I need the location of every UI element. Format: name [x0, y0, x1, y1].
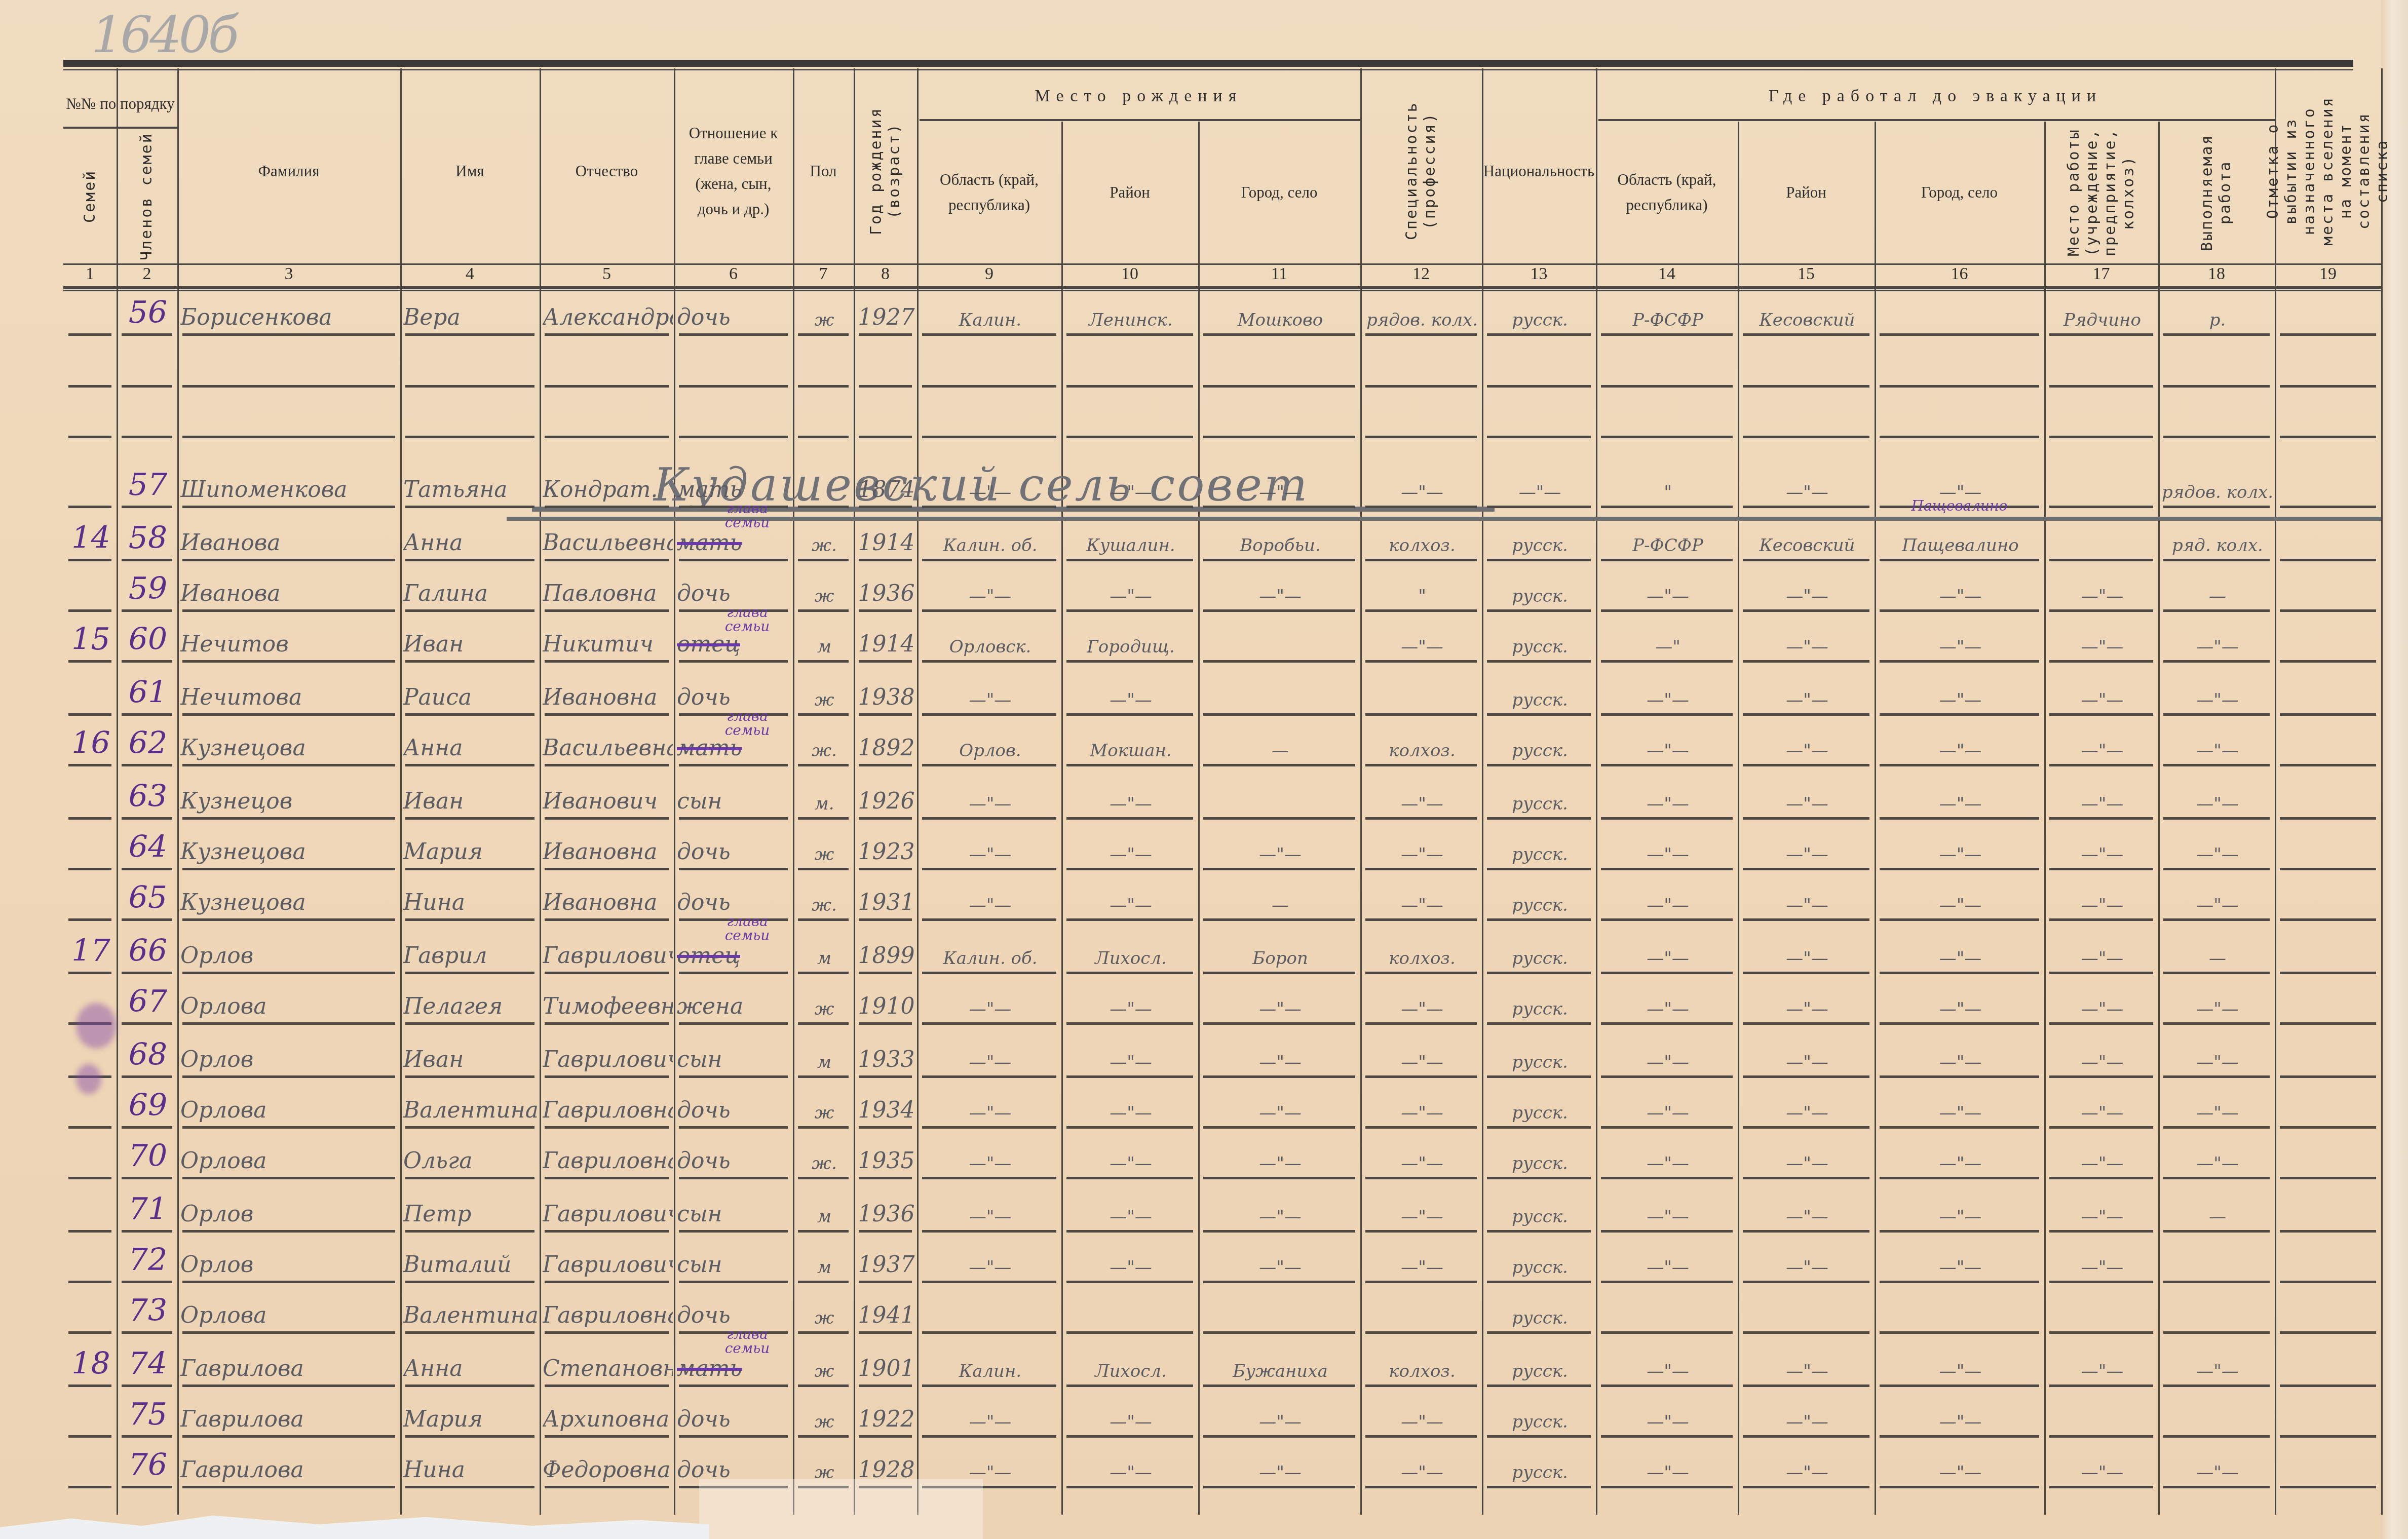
cell-w-oblast: " — [1599, 339, 1737, 512]
row-rule — [2163, 1281, 2270, 1283]
row-rule — [1743, 333, 1869, 336]
column-number-6: 6 — [674, 264, 793, 284]
column-divider — [1198, 122, 1200, 1515]
row-rule — [2163, 1486, 2270, 1488]
cell-name: Раиса — [403, 666, 539, 719]
cell-nationality: русск. — [1485, 615, 1595, 666]
cell-profession: колхоз. — [1363, 1337, 1481, 1391]
cell-name: Пелагея — [403, 978, 539, 1028]
row-rule — [2280, 868, 2376, 870]
row-rule — [859, 868, 912, 870]
cell-w-place — [2047, 1391, 2157, 1441]
cell-relation: сын — [677, 1236, 792, 1287]
row-rule — [1066, 1230, 1193, 1233]
cell-w-raion: Кесовский — [1741, 512, 1874, 565]
row-rule — [798, 713, 849, 716]
cell-profession: колхоз. — [1363, 512, 1481, 565]
row-rule — [405, 660, 534, 663]
cell-patronymic: Ивановна — [543, 666, 673, 719]
row-rule — [1601, 559, 1733, 561]
cell-b-city: —"— — [1201, 1236, 1359, 1287]
cell-name: Анна — [403, 1337, 539, 1391]
row-rule — [1601, 713, 1733, 716]
cell-b-city: Бороп — [1201, 925, 1359, 978]
row-rule — [1880, 1126, 2039, 1129]
row-rule — [1066, 1177, 1193, 1179]
cell-nationality: русск. — [1485, 1441, 1595, 1492]
cell-member: 72 — [120, 1236, 176, 1287]
cell-sex: ж — [796, 1337, 853, 1391]
row-rule — [1365, 1075, 1477, 1078]
row-rule — [2163, 609, 2270, 612]
cell-name: Валентина — [403, 1287, 539, 1337]
row-rule — [1880, 609, 2039, 612]
row-rule — [405, 1331, 534, 1334]
cell-mark — [2278, 512, 2380, 565]
row-rule — [68, 609, 111, 612]
row-rule — [1601, 918, 1733, 921]
cell-profession: —"— — [1363, 339, 1481, 512]
column-divider — [917, 68, 919, 1515]
row-rule — [1203, 1384, 1355, 1387]
row-rule — [1880, 559, 2039, 561]
cell-w-city: —"— — [1878, 1132, 2043, 1183]
row-rule — [182, 1177, 395, 1179]
row-rule — [68, 1384, 111, 1387]
cell-surname: Кузнецова — [180, 719, 399, 770]
cell-b-city: —"— — [1201, 823, 1359, 874]
row-rule — [2280, 713, 2376, 716]
cell-w-raion: Кесовский — [1741, 291, 1874, 339]
cell-b-raion: Кушалин. — [1064, 512, 1197, 565]
cell-w-oblast — [1599, 1287, 1737, 1337]
cell-surname: Иванова — [180, 512, 399, 565]
cell-profession: —"— — [1363, 1441, 1481, 1492]
column-divider — [1596, 68, 1597, 1515]
cell-surname: Орлов — [180, 1183, 399, 1236]
row-rule — [1880, 764, 2039, 766]
cell-year: 1934 — [857, 1082, 916, 1132]
cell-w-place: —"— — [2047, 823, 2157, 874]
cell-year: 1923 — [857, 823, 916, 874]
row-rule — [122, 764, 172, 766]
cell-year: 1892 — [857, 719, 916, 770]
cell-w-place: —"— — [2047, 1236, 2157, 1287]
cell-family — [66, 1441, 116, 1492]
cell-mark — [2278, 874, 2380, 925]
row-rule — [1487, 333, 1591, 336]
cell-b-city: Воробьи. — [1201, 512, 1359, 565]
row-rule — [1743, 1126, 1869, 1129]
cell-year: 1936 — [857, 1183, 916, 1236]
cell-surname: Орлов — [180, 925, 399, 978]
row-rule — [798, 1281, 849, 1283]
row-rule — [68, 506, 111, 508]
row-rule — [2049, 713, 2153, 716]
ink-blot — [76, 1064, 101, 1094]
cell-nationality: русск. — [1485, 291, 1595, 339]
row-rule — [679, 1281, 788, 1283]
row-rule — [798, 764, 849, 766]
cell-w-job: —"— — [2161, 874, 2274, 925]
cell-year: 1933 — [857, 1028, 916, 1082]
cell-w-oblast: —"— — [1599, 874, 1737, 925]
cell-year: 1922 — [857, 1391, 916, 1441]
row-rule — [1487, 1177, 1591, 1179]
row-rule — [1203, 559, 1355, 561]
row-rule — [922, 868, 1056, 870]
row-rule — [545, 1075, 669, 1078]
cell-w-place: —"— — [2047, 1441, 2157, 1492]
row-rule — [2049, 506, 2153, 508]
header-group-birthplace: Место рождения — [917, 76, 1360, 117]
row-rule — [859, 713, 912, 716]
cell-w-job: ряд. колх. — [2161, 512, 2274, 565]
row-rule — [1066, 817, 1193, 820]
cell-nationality: русск. — [1485, 719, 1595, 770]
cell-year: 1926 — [857, 770, 916, 823]
row-rule — [545, 1281, 669, 1283]
row-rule — [859, 918, 912, 921]
row-rule — [859, 1126, 912, 1129]
row-rule — [405, 1126, 534, 1129]
cell-sex: ж — [796, 565, 853, 615]
cell-mark — [2278, 719, 2380, 770]
cell-sex: ж — [796, 291, 853, 339]
row-rule — [1066, 1435, 1193, 1438]
row-rule — [2280, 333, 2376, 336]
row-rule — [545, 333, 669, 336]
cell-year: 1937 — [857, 1236, 916, 1287]
row-rule — [122, 609, 172, 612]
ink-blot — [76, 1003, 117, 1049]
row-rule — [122, 1230, 172, 1233]
row-rule — [68, 1177, 111, 1179]
row-rule — [122, 333, 172, 336]
row-rule — [545, 764, 669, 766]
row-rule — [2280, 1331, 2376, 1334]
row-rule — [1365, 1230, 1477, 1233]
row-rule — [1487, 1281, 1591, 1283]
row-rule — [859, 1075, 912, 1078]
cell-member: 58 — [120, 512, 176, 565]
row-rule — [1601, 506, 1733, 508]
row-rule — [2280, 1177, 2376, 1179]
cell-w-job: р. — [2161, 291, 2274, 339]
cell-w-city: —"— — [1878, 565, 2043, 615]
cell-w-job — [2161, 1236, 2274, 1287]
column-number-9: 9 — [917, 264, 1061, 284]
cell-nationality: русск. — [1485, 565, 1595, 615]
row-rule — [2280, 1281, 2376, 1283]
cell-b-raion: Городищ. — [1064, 615, 1197, 666]
row-rule — [2280, 972, 2376, 974]
cell-nationality: русск. — [1485, 1132, 1595, 1183]
row-rule — [545, 713, 669, 716]
cell-w-place: —"— — [2047, 719, 2157, 770]
row-rule — [2163, 1126, 2270, 1129]
column-header-18: Выполняемая работа — [2158, 124, 2275, 261]
row-rule — [1203, 333, 1355, 336]
cell-w-raion: —"— — [1741, 823, 1874, 874]
row-rule — [922, 713, 1056, 716]
cell-name: Нина — [403, 1441, 539, 1492]
row-rule — [68, 1126, 111, 1129]
row-rule — [859, 559, 912, 561]
row-rule — [2049, 1486, 2153, 1488]
column-divider — [793, 68, 794, 1515]
row-rule — [2280, 817, 2376, 820]
cell-b-oblast: —"— — [920, 1028, 1060, 1082]
row-rule — [1743, 1230, 1869, 1233]
row-rule — [68, 764, 111, 766]
cell-b-raion: Мокшан. — [1064, 719, 1197, 770]
header-top-rule-thin — [63, 69, 2353, 70]
cell-relation: дочь — [677, 1132, 792, 1183]
row-rule — [68, 1331, 111, 1334]
cell-year: 1899 — [857, 925, 916, 978]
row-rule — [122, 1075, 172, 1078]
cell-b-city: —"— — [1201, 978, 1359, 1028]
row-rule — [1601, 609, 1733, 612]
cell-mark — [2278, 1132, 2380, 1183]
cell-b-raion: —"— — [1064, 978, 1197, 1028]
cell-b-oblast: —"— — [920, 978, 1060, 1028]
row-rule — [922, 660, 1056, 663]
row-rule — [679, 1230, 788, 1233]
row-rule — [1203, 1075, 1355, 1078]
cell-w-raion: —"— — [1741, 1441, 1874, 1492]
row-rule — [2280, 1075, 2376, 1078]
row-rule — [2163, 333, 2270, 336]
row-rule — [859, 333, 912, 336]
cell-w-oblast: —"— — [1599, 1236, 1737, 1287]
row-rule — [1066, 1126, 1193, 1129]
column-divider — [177, 68, 179, 1515]
row-rule — [122, 559, 172, 561]
row-rule — [798, 1075, 849, 1078]
row-rule — [122, 713, 172, 716]
row-rule — [2049, 1126, 2153, 1129]
cell-surname: Кузнецова — [180, 874, 399, 925]
column-number-2: 2 — [117, 264, 177, 284]
cell-mark — [2278, 770, 2380, 823]
row-rule — [122, 918, 172, 921]
cell-w-place: —"— — [2047, 1183, 2157, 1236]
cell-w-place: —"— — [2047, 1337, 2157, 1391]
row-rule — [1203, 1331, 1355, 1334]
cell-mark — [2278, 1183, 2380, 1236]
cell-w-place: Рядчино — [2047, 291, 2157, 339]
row-rule — [679, 559, 788, 561]
cell-mark — [2278, 1391, 2380, 1441]
cell-surname: Орлова — [180, 1082, 399, 1132]
row-rule — [1203, 1486, 1355, 1488]
row-rule — [1203, 972, 1355, 974]
cell-w-raion: —"— — [1741, 1236, 1874, 1287]
cell-w-raion: —"— — [1741, 1337, 1874, 1391]
cell-patronymic: Александровна — [543, 291, 673, 339]
column-header-2: Членов семей — [117, 132, 177, 261]
cell-w-city: —"— — [1878, 719, 2043, 770]
cell-b-city: —"— — [1201, 1082, 1359, 1132]
row-rule — [2163, 764, 2270, 766]
row-rule — [182, 1281, 395, 1283]
cell-w-job: — — [2161, 565, 2274, 615]
cell-surname: Орлов — [180, 1236, 399, 1287]
cell-b-raion: —"— — [1064, 874, 1197, 925]
cell-w-job: —"— — [2161, 1132, 2274, 1183]
cell-sex: ж. — [796, 512, 853, 565]
row-rule — [1743, 1486, 1869, 1488]
row-rule — [2163, 506, 2270, 508]
column-header-15: Район — [1738, 124, 1875, 261]
column-divider — [2158, 122, 2160, 1515]
row-rule — [859, 1022, 912, 1025]
cell-w-job: — — [2161, 1183, 2274, 1236]
row-rule — [2049, 1281, 2153, 1283]
cell-surname: Нечитов — [180, 615, 399, 666]
row-rule — [405, 1022, 534, 1025]
cell-name: Мария — [403, 823, 539, 874]
row-rule — [798, 918, 849, 921]
row-rule — [1487, 713, 1591, 716]
row-rule — [2163, 559, 2270, 561]
row-rule — [68, 1281, 111, 1283]
cell-mark — [2278, 925, 2380, 978]
cell-b-city: — — [1201, 719, 1359, 770]
row-rule — [1203, 506, 1355, 508]
row-rule — [1203, 1230, 1355, 1233]
row-rule — [1066, 1486, 1193, 1488]
cell-family: 16 — [66, 719, 116, 770]
cell-w-job: —"— — [2161, 978, 2274, 1028]
column-header-6: Отношение к главе семьи (жена, сын, дочь… — [674, 81, 793, 261]
row-rule — [182, 1075, 395, 1078]
row-rule — [2049, 333, 2153, 336]
row-rule — [922, 1384, 1056, 1387]
row-rule — [859, 1230, 912, 1233]
row-rule — [1487, 1126, 1591, 1129]
cell-member: 64 — [120, 823, 176, 874]
row-rule — [545, 1331, 669, 1334]
cell-mark — [2278, 1287, 2380, 1337]
row-rule — [1365, 609, 1477, 612]
cell-patronymic: Васильевна — [543, 512, 673, 565]
row-rule — [68, 333, 111, 336]
row-rule — [1487, 609, 1591, 612]
cell-name: Иван — [403, 770, 539, 823]
cell-w-city: —"— — [1878, 874, 2043, 925]
cell-family — [66, 823, 116, 874]
column-header-19: Отметка о выбытии из назначенного места … — [2275, 81, 2381, 261]
row-rule — [859, 972, 912, 974]
cell-b-city: Мошково — [1201, 291, 1359, 339]
row-rule — [1365, 506, 1477, 508]
row-rule — [2280, 1435, 2376, 1438]
cell-w-raion: —"— — [1741, 925, 1874, 978]
cell-mark — [2278, 1236, 2380, 1287]
cell-year: 1901 — [857, 1337, 916, 1391]
column-header-13: Национальность — [1482, 81, 1596, 261]
cell-sex: м. — [796, 770, 853, 823]
column-number-1: 1 — [63, 264, 117, 284]
row-rule — [122, 868, 172, 870]
column-header-3: Фамилия — [177, 81, 400, 261]
row-rule — [1203, 1022, 1355, 1025]
cell-w-oblast: Р-ФСФР — [1599, 512, 1737, 565]
cell-nationality: русск. — [1485, 770, 1595, 823]
row-rule — [122, 1022, 172, 1025]
cell-year: 1941 — [857, 1287, 916, 1337]
row-rule — [182, 333, 395, 336]
cell-profession: —"— — [1363, 770, 1481, 823]
cell-b-city: —"— — [1201, 1441, 1359, 1492]
row-rule — [1743, 764, 1869, 766]
row-rule — [922, 609, 1056, 612]
head-of-family-annotation: глава семьи — [709, 502, 785, 530]
column-header-5: Отчество — [540, 81, 674, 261]
row-rule — [122, 1331, 172, 1334]
row-rule — [68, 817, 111, 820]
cell-relation: мать — [677, 339, 792, 512]
row-rule — [545, 1230, 669, 1233]
row-rule — [1066, 333, 1193, 336]
cell-patronymic: Павловна — [543, 565, 673, 615]
cell-w-job: —"— — [2161, 1082, 2274, 1132]
cell-patronymic: Иванович — [543, 770, 673, 823]
row-rule — [2049, 868, 2153, 870]
cell-nationality: русск. — [1485, 1391, 1595, 1441]
row-rule — [2163, 1177, 2270, 1179]
row-rule — [1365, 713, 1477, 716]
row-rule — [1203, 764, 1355, 766]
row-rule — [122, 1486, 172, 1488]
row-rule — [182, 609, 395, 612]
row-rule — [2280, 918, 2376, 921]
cell-w-job: —"— — [2161, 1028, 2274, 1082]
cell-b-city: —"— — [1201, 1132, 1359, 1183]
row-rule — [545, 1384, 669, 1387]
cell-mark — [2278, 291, 2380, 339]
cell-b-raion: —"— — [1064, 1132, 1197, 1183]
cell-b-city: —"— — [1201, 1391, 1359, 1441]
row-rule — [1601, 1230, 1733, 1233]
cell-name: Петр — [403, 1183, 539, 1236]
column-divider — [1360, 68, 1362, 1515]
row-rule — [922, 1331, 1056, 1334]
cell-b-oblast: —"— — [920, 1236, 1060, 1287]
cell-member: 75 — [120, 1391, 176, 1441]
row-rule — [679, 1126, 788, 1129]
cell-w-oblast: —"— — [1599, 823, 1737, 874]
cell-w-job: рядов. колх. — [2161, 339, 2274, 512]
row-rule — [1601, 1384, 1733, 1387]
cell-nationality: русск. — [1485, 1028, 1595, 1082]
cell-mark — [2278, 565, 2380, 615]
row-rule — [798, 1126, 849, 1129]
cell-w-raion: —"— — [1741, 666, 1874, 719]
row-rule — [2280, 506, 2376, 508]
cell-patronymic: Гаврилович — [543, 1028, 673, 1082]
cell-surname: Гаврилова — [180, 1441, 399, 1492]
cell-b-oblast: Калин. об. — [920, 925, 1060, 978]
cell-w-raion: —"— — [1741, 719, 1874, 770]
cell-w-oblast: —"— — [1599, 1337, 1737, 1391]
cell-member: 61 — [120, 666, 176, 719]
row-rule — [405, 972, 534, 974]
cell-w-raion: —"— — [1741, 1028, 1874, 1082]
